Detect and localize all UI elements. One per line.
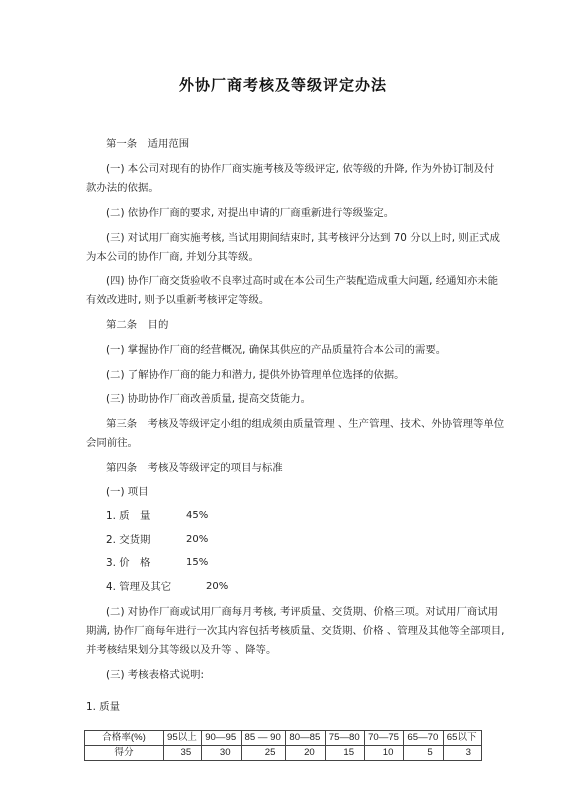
table-row-pass-rate: 合格率(%) 95以上 90—95 85 — 90 80—85 75—80 70… (85, 731, 482, 746)
article-3-heading: 第三条 考核及等级评定小组的组成须由质量管理 、生产管理、技术、外协管理等单位 (106, 417, 504, 431)
item-4-weight: 20% (206, 580, 228, 594)
range-cell: 70—75 (365, 731, 404, 746)
article-1-para-1-line-1: (一) 本公司对现有的协作厂商实施考核及等级评定, 依等级的升降, 作为外协订制… (106, 162, 494, 176)
score-cell: 15 (325, 746, 364, 761)
subsection-2-line-1: (二) 对协作厂商或试用厂商每月考核, 考评质量、交货期、价格三项。对试用厂商试… (106, 605, 498, 619)
article-1-para-3-line-1: (三) 对试用厂商实施考核, 当试用期间结束时, 其考核评分达到 70 分以上时… (106, 231, 500, 245)
score-cell: 20 (286, 746, 325, 761)
subsection-3-label: (三) 考核表格式说明: (106, 668, 204, 682)
article-2-para-1: (一) 掌握协作厂商的经营概况, 确保其供应的产品质量符合本公司的需要。 (106, 343, 446, 357)
item-3-label: 3. 价 格 (106, 556, 150, 570)
range-cell: 85 — 90 (241, 731, 286, 746)
score-cell: 10 (365, 746, 404, 761)
article-2-para-2: (二) 了解协作厂商的能力和潜力, 提供外协管理单位选择的依据。 (106, 368, 405, 382)
item-3-weight: 15% (186, 556, 208, 570)
article-4-heading: 第四条 考核及等级评定的项目与标准 (106, 461, 283, 475)
row-header-score: 得分 (85, 746, 164, 761)
article-1-para-3-line-2: 为本公司的协作厂商, 并划分其等级。 (86, 250, 259, 264)
quality-section-heading: 1. 质量 (86, 700, 120, 714)
article-1-para-2: (二) 依协作厂商的要求, 对提出申请的厂商重新进行等级鉴定。 (106, 206, 394, 220)
row-header-pass-rate: 合格率(%) (85, 731, 164, 746)
score-cell: 35 (164, 746, 202, 761)
item-2-weight: 20% (186, 533, 208, 547)
quality-score-table: 合格率(%) 95以上 90—95 85 — 90 80—85 75—80 70… (84, 730, 482, 761)
document-title: 外协厂商考核及等级评定办法 (0, 74, 566, 95)
document-page: 外协厂商考核及等级评定办法 第一条 适用范围 (一) 本公司对现有的协作厂商实施… (0, 0, 566, 800)
score-cell: 3 (443, 746, 481, 761)
range-cell: 80—85 (286, 731, 325, 746)
score-cell: 5 (404, 746, 443, 761)
range-cell: 65以下 (443, 731, 481, 746)
article-1-para-4-line-1: (四) 协作厂商交货验收不良率过高时或在本公司生产装配造成重大问题, 经通知亦未… (106, 274, 498, 288)
article-1-para-1-line-2: 款办法的依据。 (86, 181, 159, 195)
item-2-label: 2. 交货期 (106, 533, 150, 547)
range-cell: 75—80 (325, 731, 364, 746)
item-1-weight: 45% (186, 509, 208, 523)
score-cell: 25 (241, 746, 286, 761)
article-1-heading: 第一条 适用范围 (106, 137, 189, 151)
range-cell: 90—95 (202, 731, 241, 746)
article-3-heading-cont: 会同前往。 (86, 436, 138, 450)
table-row-score: 得分 35 30 25 20 15 10 5 3 (85, 746, 482, 761)
article-2-para-3: (三) 协助协作厂商改善质量, 提高交货能力。 (106, 392, 311, 406)
range-cell: 65—70 (404, 731, 443, 746)
subsection-2-line-2: 期满, 协作厂商每年进行一次其内容包括考核质量、交货期、价格 、管理及其他等全部… (86, 624, 504, 638)
article-1-para-4-line-2: 有效改进时, 则予以重新考核评定等级。 (86, 293, 269, 307)
range-cell: 95以上 (164, 731, 202, 746)
subsection-2-line-3: 并考核结果划分其等级以及升等 、降等。 (86, 643, 276, 657)
article-2-heading: 第二条 目的 (106, 318, 168, 332)
item-1-label: 1. 质 量 (106, 509, 150, 523)
subsection-items-label: (一) 项目 (106, 485, 149, 499)
item-4-label: 4. 管理及其它 (106, 580, 171, 594)
score-cell: 30 (202, 746, 241, 761)
